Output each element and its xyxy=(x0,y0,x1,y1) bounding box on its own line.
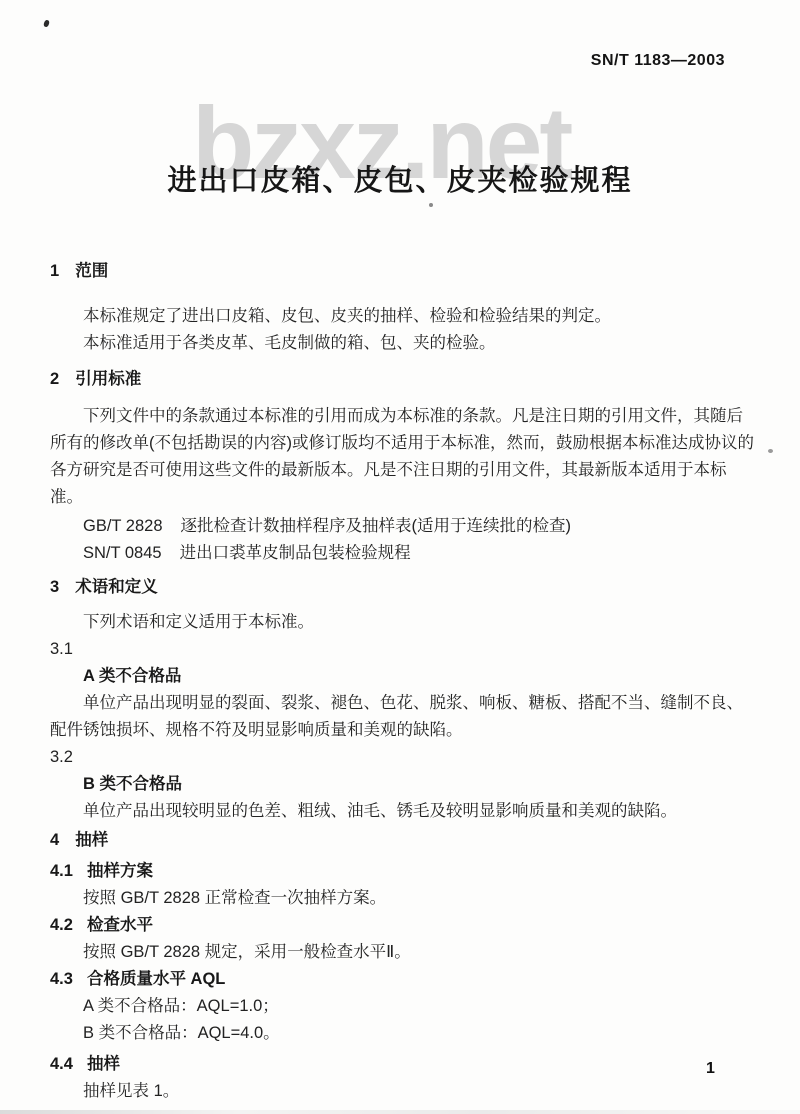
term-3-1-number: 3.1 xyxy=(50,636,756,663)
term-3-2-definition: 单位产品出现较明显的色差、粗绒、油毛、锈毛及较明显影响质量和美观的缺陷。 xyxy=(50,798,756,825)
ink-speck xyxy=(43,19,50,27)
subsection-4-4-label: 抽样 xyxy=(87,1055,120,1073)
section-3-heading: 3术语和定义 xyxy=(50,574,756,601)
section-3-label: 术语和定义 xyxy=(75,578,158,596)
section-1-label: 范围 xyxy=(75,262,108,280)
section-3-number: 3 xyxy=(50,578,59,596)
term-3-2-name: B 类不合格品 xyxy=(50,771,756,798)
section-2-heading: 2引用标准 xyxy=(50,366,756,393)
subsection-4-1-body: 按照 GB/T 2828 正常检查一次抽样方案。 xyxy=(50,885,756,912)
section-4-label: 抽样 xyxy=(75,831,108,849)
section-4-heading: 4抽样 xyxy=(50,827,756,854)
term-3-1-name: A 类不合格品 xyxy=(50,663,756,690)
subsection-4-2-label: 检查水平 xyxy=(87,916,153,934)
subsection-4-2-body: 按照 GB/T 2828 规定，采用一般检查水平Ⅱ。 xyxy=(50,939,756,966)
section-2-number: 2 xyxy=(50,370,59,388)
document-page: SN/T 1183—2003 bzxz.net 进出口皮箱、皮包、皮夹检验规程 … xyxy=(0,0,800,1114)
referenced-standard-title: 进出口裘革皮制品包装检验规程 xyxy=(180,544,411,562)
subsection-4-4-body: 抽样见表 1。 xyxy=(50,1078,756,1105)
subsection-4-2-number: 4.2 xyxy=(50,916,73,934)
section-1-heading: 1范围 xyxy=(50,258,756,285)
subsection-4-4-number: 4.4 xyxy=(50,1055,73,1073)
section-1-paragraph-2: 本标准适用于各类皮革、毛皮制做的箱、包、夹的检验。 xyxy=(50,330,756,357)
subsection-4-2-heading: 4.2检查水平 xyxy=(50,912,756,939)
referenced-standard-code: GB/T 2828 xyxy=(83,517,163,535)
subsection-4-1-number: 4.1 xyxy=(50,862,73,880)
ink-speck xyxy=(429,203,433,207)
term-3-1-definition: 单位产品出现明显的裂面、裂浆、褪色、色花、脱浆、响板、糖板、搭配不当、缝制不良、… xyxy=(50,690,756,744)
document-title: 进出口皮箱、皮包、皮夹检验规程 xyxy=(0,158,800,199)
ink-speck xyxy=(768,449,773,453)
term-3-2-number: 3.2 xyxy=(50,744,756,771)
subsection-4-4-heading: 4.4抽样 xyxy=(50,1051,756,1078)
aql-class-a-line: A 类不合格品：AQL=1.0； xyxy=(50,993,756,1020)
aql-class-b-line: B 类不合格品：AQL=4.0。 xyxy=(50,1020,756,1047)
referenced-standard-title: 逐批检查计数抽样程序及抽样表(适用于连续批的检查) xyxy=(181,517,572,535)
section-3-intro: 下列术语和定义适用于本标准。 xyxy=(50,609,756,636)
section-4-number: 4 xyxy=(50,831,59,849)
section-1-number: 1 xyxy=(50,262,59,280)
subsection-4-3-number: 4.3 xyxy=(50,970,73,988)
referenced-standard: GB/T 2828逐批检查计数抽样程序及抽样表(适用于连续批的检查) xyxy=(50,513,756,540)
referenced-standard: SN/T 0845进出口裘革皮制品包装检验规程 xyxy=(50,540,756,567)
document-body: 1范围 本标准规定了进出口皮箱、皮包、皮夹的抽样、检验和检验结果的判定。 本标准… xyxy=(50,252,756,1105)
scan-edge-shadow xyxy=(0,1110,800,1114)
section-1-paragraph-1: 本标准规定了进出口皮箱、皮包、皮夹的抽样、检验和检验结果的判定。 xyxy=(50,303,756,330)
subsection-4-1-heading: 4.1抽样方案 xyxy=(50,858,756,885)
referenced-standard-code: SN/T 0845 xyxy=(83,544,162,562)
subsection-4-3-heading: 4.3合格质量水平 AQL xyxy=(50,966,756,993)
section-2-label: 引用标准 xyxy=(75,370,141,388)
subsection-4-3-label: 合格质量水平 AQL xyxy=(87,970,225,988)
section-2-paragraph: 下列文件中的条款通过本标准的引用而成为本标准的条款。凡是注日期的引用文件，其随后… xyxy=(50,403,756,511)
standard-code: SN/T 1183—2003 xyxy=(591,52,725,70)
subsection-4-1-label: 抽样方案 xyxy=(87,862,153,880)
